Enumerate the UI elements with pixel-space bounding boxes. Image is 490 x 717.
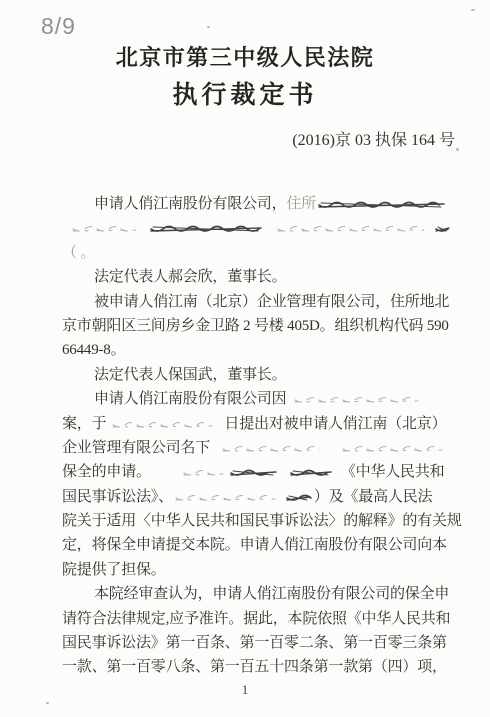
scan-artifact	[456, 148, 459, 151]
gap	[322, 451, 340, 452]
body-line	[62, 216, 454, 240]
redaction-scribble-faint-icon	[174, 491, 279, 504]
redaction-scribble-faint-icon	[276, 222, 426, 235]
body-text: 保全的申请。	[62, 464, 151, 480]
body-line: 国民事诉讼法》第一百条、第一百零二条、第一百零三条第	[62, 631, 454, 655]
gap	[62, 231, 70, 232]
redaction-scribble-faint-icon	[341, 442, 446, 455]
body-line: 本院经审查认为，申请人俏江南股份有限公司的保全申	[62, 582, 454, 606]
body-line: 京市朝阳区三间房乡金卫路 2 号楼 405D。组织机构代码 590	[62, 314, 454, 338]
body-text: 日提出对被申请人俏江南（北京）	[224, 416, 446, 432]
scan-page-indicator: 8/9	[41, 13, 76, 39]
redaction-scribble-faint-icon	[111, 418, 219, 431]
document-title: 执行裁定书	[0, 75, 490, 111]
redaction-scribble-dark-icon	[229, 466, 279, 479]
body-text-faint: （ 。	[62, 245, 95, 261]
body-text: 申请人俏江南股份有限公司因	[94, 391, 286, 407]
gap	[280, 475, 288, 476]
scanned-document-page: 8/9 北京市第三中级人民法院 执行裁定书 (2016)京 03 执保 164 …	[0, 0, 490, 717]
case-number: (2016)京 03 执保 164 号	[292, 127, 455, 150]
body-text: 案，于	[62, 416, 106, 432]
scan-artifact	[46, 702, 49, 704]
redaction-scribble-dark-icon	[149, 222, 264, 235]
gap	[427, 231, 433, 232]
scan-artifact	[207, 26, 210, 28]
body-text: 国民事诉讼法》第一百条、第一百零二条、第一百零三条第	[62, 635, 447, 651]
body-line: 国民事诉讼法》、）及《最高人民法	[62, 485, 454, 509]
body-line: 一款、第一百零八条、第一百五十四条第一款第（四）项，	[62, 655, 454, 679]
body-line: 院提供了担保。	[62, 558, 454, 582]
gap	[286, 402, 292, 403]
redaction-scribble-dark-icon	[434, 222, 452, 235]
body-text: ）及《最高人民法	[314, 489, 432, 505]
redaction-scribble-dark-icon	[285, 491, 313, 504]
body-text: 申请人俏江南股份有限公司，	[94, 196, 286, 212]
body-text: 66449-8。	[62, 342, 125, 358]
body-text: 定，将保全申请提交本院。申请人俏江南股份有限公司向本	[62, 537, 447, 553]
body-text: 企业管理有限公司名下	[62, 440, 210, 456]
body-line: 法定代表人郝会欣，董事长。	[62, 265, 454, 289]
body-text: 本院经审查认为，申请人俏江南股份有限公司的保全申	[94, 586, 449, 602]
body-line: 企业管理有限公司名下	[62, 436, 454, 460]
gap	[142, 231, 148, 232]
redaction-scribble-dark-icon	[289, 466, 334, 479]
redaction-scribble-faint-icon	[293, 393, 423, 406]
body-line: 定，将保全申请提交本院。申请人俏江南股份有限公司向本	[62, 533, 454, 557]
body-text: 京市朝阳区三间房乡金卫路 2 号楼 405D。组织机构代码 590	[62, 318, 449, 334]
document-body: 申请人俏江南股份有限公司，住所（ 。法定代表人郝会欣，董事长。被申请人俏江南（北…	[62, 192, 454, 680]
gap	[280, 500, 284, 501]
body-line: 申请人俏江南股份有限公司因	[62, 387, 454, 411]
body-line: 66449-8。	[62, 338, 454, 362]
gap	[265, 231, 275, 232]
scan-artifact	[471, 9, 475, 11]
redaction-scribble-faint-icon	[221, 442, 321, 455]
body-line: 保全的申请。《中华人民共和	[62, 460, 454, 484]
body-text-faint: 住所	[286, 196, 316, 212]
body-line: 法定代表人保国武，董事长。	[62, 363, 454, 387]
redaction-scribble-faint-icon	[71, 222, 141, 235]
body-text: 法定代表人郝会欣，董事长。	[94, 269, 286, 285]
body-text: 一款、第一百零八条、第一百五十四条第一款第（四）项，	[62, 659, 447, 675]
body-text: 国民事诉讼法》、	[62, 489, 173, 505]
gap	[151, 475, 181, 476]
body-line: 院关于适用〈中华人民共和国民事诉讼法〉的解释》的有关规	[62, 509, 454, 533]
body-line: 请符合法律规定,应予准许。据此，本院依照《中华人民共和	[62, 607, 454, 631]
gap	[210, 451, 220, 452]
body-text: 《中华人民共和	[341, 464, 445, 480]
redaction-scribble-dark-icon	[317, 198, 447, 211]
body-line: 申请人俏江南股份有限公司，住所	[62, 192, 454, 216]
body-line: （ 。	[62, 241, 454, 265]
redaction-scribble-faint-icon	[182, 466, 227, 479]
body-text: 院提供了担保。	[62, 562, 166, 578]
footer-page-number: 1	[0, 682, 490, 698]
gap	[106, 427, 110, 428]
body-line: 被申请人俏江南（北京）企业管理有限公司，住所地北	[62, 290, 454, 314]
body-text: 被申请人俏江南（北京）企业管理有限公司，住所地北	[94, 294, 449, 310]
body-line: 案，于日提出对被申请人俏江南（北京）	[62, 412, 454, 436]
court-name: 北京市第三中级人民法院	[0, 41, 490, 72]
body-text: 院关于适用〈中华人民共和国民事诉讼法〉的解释》的有关规	[62, 513, 462, 529]
body-text: 法定代表人保国武，董事长。	[94, 367, 286, 383]
body-text: 请符合法律规定,应予准许。据此，本院依照《中华人民共和	[62, 611, 450, 627]
